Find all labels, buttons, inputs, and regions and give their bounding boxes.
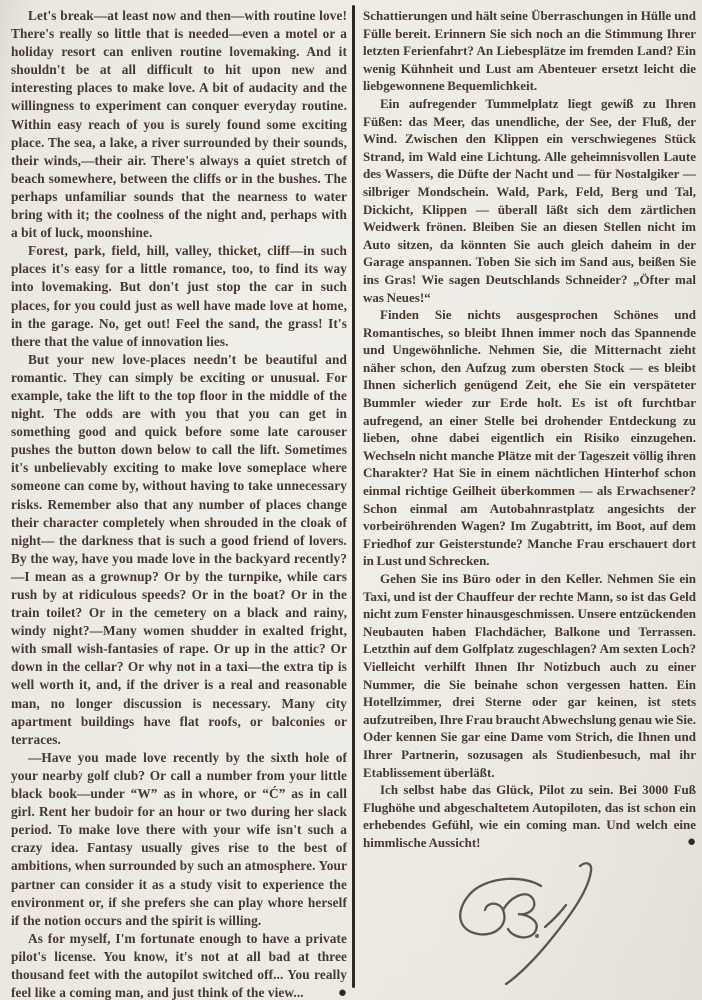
paragraph: Schattierungen und hält seine Überraschu… (363, 7, 696, 95)
paragraph: As for myself, I'm fortunate enough to h… (11, 930, 347, 1000)
paragraph: Forest, park, field, hill, valley, thick… (11, 242, 347, 351)
two-column-layout: Let's break—at least now and then—with r… (0, 0, 702, 1000)
paragraph: Finden Sie nichts ausgesprochen Schönes … (363, 306, 696, 570)
paragraph: But your new love-places needn't be beau… (11, 351, 347, 749)
paragraph: Ich selbst habe das Glück, Pilot zu sein… (363, 781, 696, 851)
end-of-article-dot: ● (670, 834, 696, 852)
paragraph: Let's break—at least now and then—with r… (11, 7, 347, 242)
left-column-english: Let's break—at least now and then—with r… (0, 0, 352, 1000)
paragraph: —Have you made love recently by the sixt… (11, 749, 347, 930)
paragraph: Gehen Sie ins Büro oder in den Keller. N… (363, 570, 696, 781)
right-column-german: Schattierungen und hält seine Überraschu… (355, 0, 702, 1000)
end-of-article-dot: ● (321, 984, 347, 1000)
paragraph: Ein aufregender Tummelplatz liegt gewiß … (363, 95, 696, 306)
scanned-page: Let's break—at least now and then—with r… (0, 0, 702, 1000)
